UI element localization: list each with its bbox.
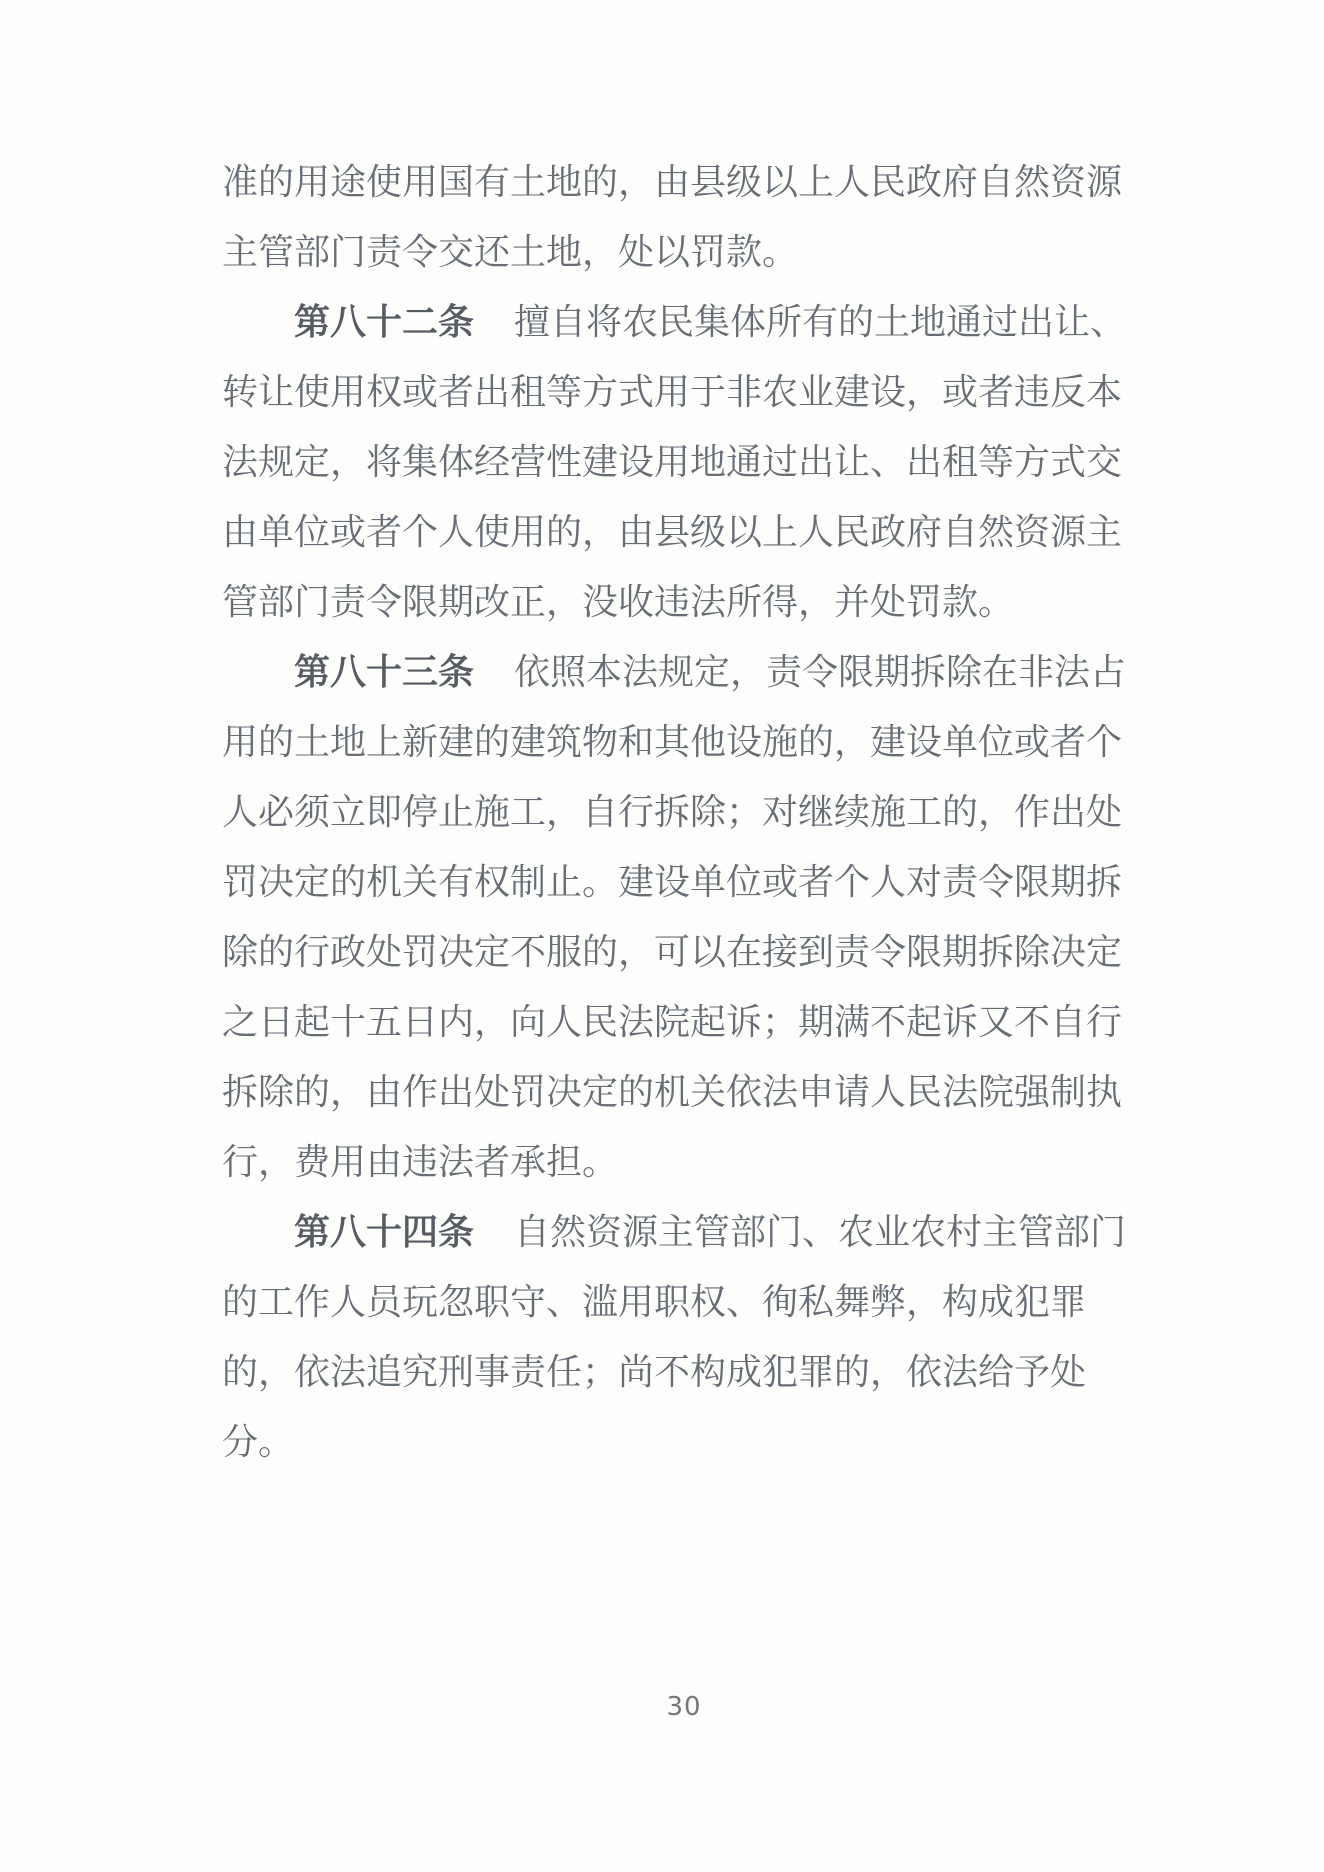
document-body: 准的用途使用国有土地的，由县级以上人民政府自然资源 主管部门责令交还土地，处以罚…: [222, 148, 1132, 1478]
text-line: 管部门责令限期改正，没收违法所得，并处罚款。: [222, 568, 1132, 638]
text-line: 人必须立即停止施工，自行拆除；对继续施工的，作出处: [222, 778, 1132, 848]
article-text: 擅自将农民集体所有的土地通过出让、: [514, 302, 1126, 343]
text-line: 的，依法追究刑事责任；尚不构成犯罪的，依法给予处: [222, 1338, 1132, 1408]
text-line: 之日起十五日内，向人民法院起诉；期满不起诉又不自行: [222, 988, 1132, 1058]
text-line: 法规定，将集体经营性建设用地通过出让、出租等方式交: [222, 428, 1132, 498]
text-line: 除的行政处罚决定不服的，可以在接到责令限期拆除决定: [222, 918, 1132, 988]
text-line: 主管部门责令交还土地，处以罚款。: [222, 218, 1132, 288]
text-line-article-84: 第八十四条自然资源主管部门、农业农村主管部门: [222, 1198, 1132, 1268]
text-line: 分。: [222, 1408, 1132, 1478]
text-line: 用的土地上新建的建筑物和其他设施的，建设单位或者个: [222, 708, 1132, 778]
text-line-article-83: 第八十三条依照本法规定，责令限期拆除在非法占: [222, 638, 1132, 708]
document-page: 准的用途使用国有土地的，由县级以上人民政府自然资源 主管部门责令交还土地，处以罚…: [0, 0, 1324, 1872]
text-line: 转让使用权或者出租等方式用于非农业建设，或者违反本: [222, 358, 1132, 428]
text-line: 拆除的，由作出处罚决定的机关依法申请人民法院强制执: [222, 1058, 1132, 1128]
article-number: 第八十三条: [294, 652, 474, 693]
article-number: 第八十四条: [294, 1212, 474, 1253]
article-number: 第八十二条: [294, 302, 474, 343]
text-line: 准的用途使用国有土地的，由县级以上人民政府自然资源: [222, 148, 1132, 218]
text-line: 由单位或者个人使用的，由县级以上人民政府自然资源主: [222, 498, 1132, 568]
article-text: 自然资源主管部门、农业农村主管部门: [514, 1212, 1126, 1253]
text-line: 行，费用由违法者承担。: [222, 1128, 1132, 1198]
text-line-article-82: 第八十二条擅自将农民集体所有的土地通过出让、: [222, 288, 1132, 358]
page-number: 30: [22, 1692, 1324, 1722]
article-text: 依照本法规定，责令限期拆除在非法占: [514, 652, 1126, 693]
text-line: 罚决定的机关有权制止。建设单位或者个人对责令限期拆: [222, 848, 1132, 918]
text-line: 的工作人员玩忽职守、滥用职权、徇私舞弊，构成犯罪: [222, 1268, 1132, 1338]
